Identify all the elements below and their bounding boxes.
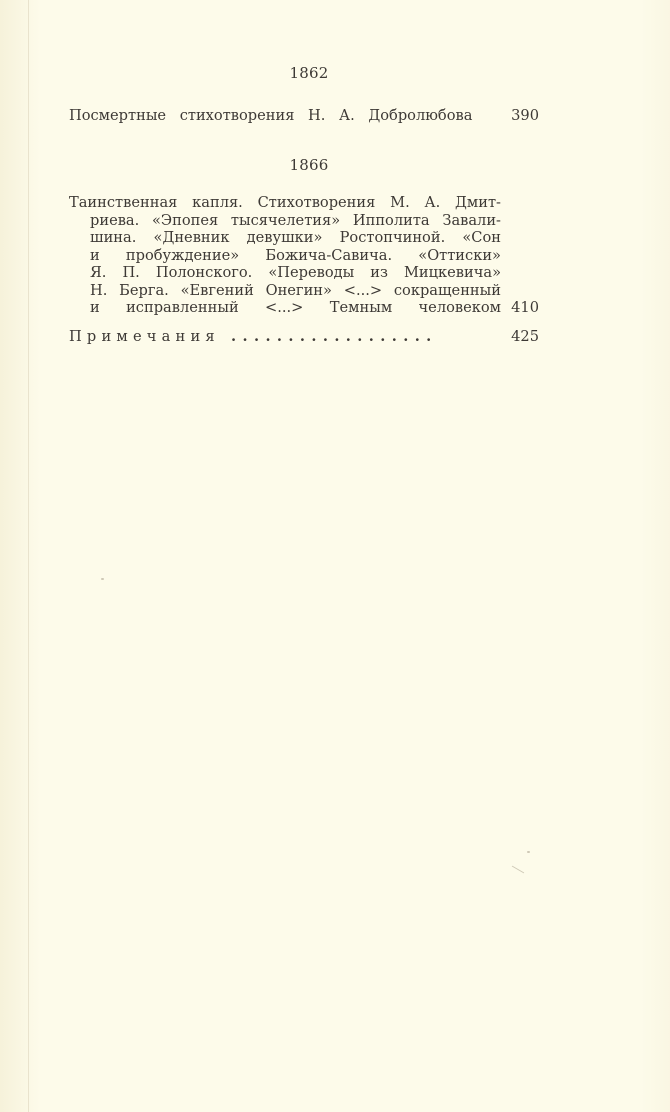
toc-entry-title-line: шина. «Дневник девушки» Ростопчиной. «Со… [90,229,501,247]
toc-entry: Посмертные стихотворения Н. А. Добролюбо… [69,106,539,125]
toc-entry-title-line: риева. «Эпопея тысячелетия» Ипполита Зав… [90,212,501,230]
dot-leader: .................. [231,327,495,346]
paper-speck [512,866,525,874]
toc-entry-page-number: 410 [511,299,539,317]
toc-entry-title-line: и пробуждение» Божича-Савича. «Оттиски» [90,247,501,265]
toc-entry-title-line: Таинственная капля. Стихотворения М. А. … [69,194,501,212]
paper-speck [101,578,104,580]
paper-speck [527,851,530,853]
toc-entry-page-number: 425 [511,327,539,346]
toc-entry-title-line: Н. Берга. «Евгений Онегин» <...> сокраще… [90,282,501,300]
toc-entry-title: Примечания [69,328,220,345]
section-year-heading: 1866 [0,156,618,174]
section-year-heading: 1862 [0,64,618,82]
book-page: 1862 Посмертные стихотворения Н. А. Добр… [0,0,670,1112]
toc-entry-title: Посмертные стихотворения Н. А. Добролюбо… [69,106,472,125]
toc-entry-notes: Примечания .................. 425 [69,327,539,346]
toc-entry-title-line: Я. П. Полонского. «Переводы из Мицкевича… [90,264,501,282]
toc-entry: Таинственная капля. Стихотворения М. А. … [69,194,539,317]
toc-entry-title-line: и исправленный <...> Темным человеком [90,299,501,317]
toc-entry-page-number: 390 [511,106,539,125]
